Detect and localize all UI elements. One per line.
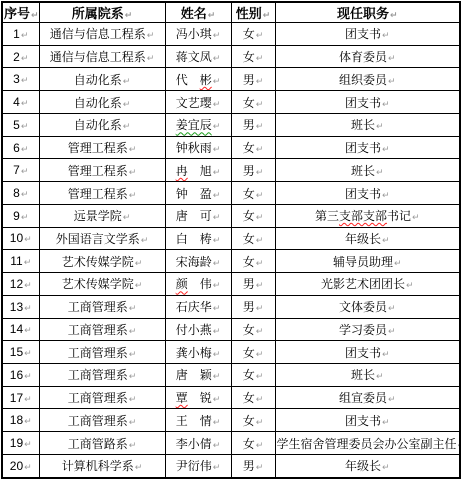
department: 工商管理系 (68, 300, 128, 314)
cell-name[interactable]: 蒋文凤↵ (165, 45, 231, 68)
cell-num[interactable]: 4↵ (2, 91, 39, 114)
current-duty: 团支书 (345, 141, 381, 155)
cell-dept[interactable]: 管理工程系↵ (39, 136, 165, 159)
end-of-cell-mark: ↵ (24, 371, 32, 381)
end-of-cell-mark: ↵ (412, 212, 420, 222)
end-of-cell-mark: ↵ (24, 462, 32, 472)
cell-name[interactable]: 颜 伟↵ (165, 273, 231, 296)
end-of-cell-mark: ↵ (263, 10, 271, 20)
cell-dept[interactable]: 工商管理系↵ (39, 341, 165, 364)
gender: 女 (243, 187, 255, 201)
end-of-cell-mark: ↵ (213, 190, 221, 200)
end-of-cell-mark: ↵ (256, 349, 264, 359)
end-of-cell-mark: ↵ (256, 417, 264, 427)
cell-dept[interactable]: 艺术传媒学院↵ (39, 273, 165, 296)
cell-num[interactable]: 3↵ (2, 68, 39, 91)
cell-duty[interactable]: 团支书↵ (275, 341, 460, 364)
end-of-cell-mark: ↵ (123, 121, 131, 131)
department: 自动化系 (74, 118, 122, 132)
header-cell-num[interactable]: 序号↵ (2, 2, 39, 23)
current-duty: 光影艺术团团长 (321, 277, 405, 291)
cell-gender[interactable]: 女↵ (231, 432, 275, 455)
cell-dept[interactable]: 远景学院↵ (39, 204, 165, 227)
end-of-cell-mark: ↵ (256, 53, 264, 63)
end-of-cell-mark: ↵ (213, 440, 221, 450)
department: 工商管理系 (68, 346, 128, 360)
end-of-cell-mark: ↵ (256, 440, 264, 450)
cell-gender[interactable]: 男↵ (231, 295, 275, 318)
gender: 女 (243, 141, 255, 155)
current-duty: 团支书 (345, 346, 381, 360)
cell-dept[interactable]: 外国语言文学系↵ (39, 227, 165, 250)
end-of-cell-mark: ↵ (129, 394, 137, 404)
end-of-cell-mark: ↵ (21, 212, 29, 222)
gender: 女 (243, 391, 255, 405)
current-duty: 年级长 (345, 232, 381, 246)
student-name-misspelled: 颜 (176, 277, 188, 291)
cell-dept[interactable]: 自动化系↵ (39, 91, 165, 114)
row-number: 20 (10, 459, 23, 473)
cell-name[interactable]: 白 梼↵ (165, 227, 231, 250)
end-of-cell-mark: ↵ (129, 190, 137, 200)
cell-dept[interactable]: 管理工程系↵ (39, 159, 165, 182)
cell-gender[interactable]: 女↵ (231, 409, 275, 432)
cell-gender[interactable]: 男↵ (231, 68, 275, 91)
row-number: 14 (10, 322, 23, 336)
end-of-cell-mark: ↵ (256, 212, 264, 222)
cell-duty[interactable]: 团支书↵ (275, 23, 460, 46)
end-of-cell-mark: ↵ (376, 371, 384, 381)
end-of-cell-mark: ↵ (129, 349, 137, 359)
end-of-cell-mark: ↵ (125, 10, 133, 20)
cell-duty[interactable]: 第三支部支部书记↵ (275, 204, 460, 227)
gender: 女 (243, 27, 255, 41)
table-row: 13↵工商管理系↵石庆华↵男↵文体委员↵ (2, 295, 460, 318)
end-of-cell-mark: ↵ (213, 76, 221, 86)
row-number: 15 (10, 345, 23, 359)
department: 艺术传媒学院 (62, 277, 134, 291)
end-of-cell-mark: ↵ (213, 144, 221, 154)
cell-name[interactable]: 付小燕↵ (165, 318, 231, 341)
cell-duty[interactable]: 组织委员↵ (275, 68, 460, 91)
end-of-cell-mark: ↵ (406, 280, 414, 290)
end-of-cell-mark: ↵ (147, 30, 155, 40)
cell-gender[interactable]: 女↵ (231, 364, 275, 387)
row-number: 8 (13, 186, 20, 200)
row-number: 6 (13, 141, 20, 155)
end-of-cell-mark: ↵ (256, 235, 264, 245)
cell-gender[interactable]: 女↵ (231, 182, 275, 205)
cell-gender[interactable]: 女↵ (231, 136, 275, 159)
cell-dept[interactable]: 工商管理系↵ (39, 295, 165, 318)
cell-duty[interactable]: 文体委员↵ (275, 295, 460, 318)
cell-gender[interactable]: 女↵ (231, 386, 275, 409)
end-of-cell-mark: ↵ (129, 417, 137, 427)
cell-name[interactable]: 唐 颖↵ (165, 364, 231, 387)
cell-name[interactable]: 钟 盈↵ (165, 182, 231, 205)
end-of-cell-mark: ↵ (382, 417, 390, 427)
current-duty: 班长 (351, 118, 375, 132)
end-of-cell-mark: ↵ (256, 167, 264, 177)
end-of-cell-mark: ↵ (256, 371, 264, 381)
end-of-cell-mark: ↵ (24, 439, 32, 449)
cell-duty[interactable]: 年级长↵ (275, 227, 460, 250)
cell-duty[interactable]: 团支书↵ (275, 136, 460, 159)
header-label-dept: 所属院系 (72, 6, 124, 21)
table-row: 17↵工商管理系↵覃 锐↵女↵组宣委员↵ (2, 386, 460, 409)
end-of-cell-mark: ↵ (213, 417, 221, 427)
table-row: 19↵工商管路系↵李小倩↵女↵学生宿舍管理委员会办公室副主任↵ (2, 432, 460, 455)
end-of-cell-mark: ↵ (24, 348, 32, 358)
cell-num[interactable]: 2↵ (2, 45, 39, 68)
gender: 女 (243, 323, 255, 337)
gender: 女 (243, 209, 255, 223)
end-of-cell-mark: ↵ (382, 99, 390, 109)
end-of-cell-mark: ↵ (388, 303, 396, 313)
gender: 男 (243, 118, 255, 132)
end-of-cell-mark: ↵ (213, 121, 221, 131)
student-name: 旭 (188, 164, 212, 178)
row-number: 1 (13, 27, 20, 41)
cell-duty[interactable]: 班长↵ (275, 364, 460, 387)
end-of-cell-mark: ↵ (135, 280, 143, 290)
cell-name[interactable]: 尹衍伟↵ (165, 454, 231, 478)
cell-num[interactable]: 6↵ (2, 136, 39, 159)
end-of-cell-mark: ↵ (256, 280, 264, 290)
end-of-cell-mark: ↵ (382, 235, 390, 245)
cell-gender[interactable]: 女↵ (231, 227, 275, 250)
cell-dept[interactable]: 自动化系↵ (39, 113, 165, 136)
gender: 女 (243, 346, 255, 360)
cell-name[interactable]: 钟秋雨↵ (165, 136, 231, 159)
end-of-cell-mark: ↵ (213, 235, 221, 245)
cell-duty[interactable]: 团支书↵ (275, 182, 460, 205)
cell-duty[interactable]: 体育委员↵ (275, 45, 460, 68)
cell-name[interactable]: 唐 可↵ (165, 204, 231, 227)
department: 管理工程系 (68, 141, 128, 155)
header-cell-name[interactable]: 姓名↵ (165, 2, 231, 23)
row-number: 18 (10, 413, 23, 427)
department: 自动化系 (74, 96, 122, 110)
end-of-cell-mark: ↵ (458, 440, 460, 450)
department: 工商管理系 (68, 323, 128, 337)
end-of-cell-mark: ↵ (382, 30, 390, 40)
end-of-cell-mark: ↵ (382, 190, 390, 200)
cell-duty[interactable]: 学生宿舍管理委员会办公室副主任↵ (275, 432, 460, 455)
header-cell-duty[interactable]: 现任职务↵ (275, 2, 460, 23)
end-of-cell-mark: ↵ (21, 189, 29, 199)
end-of-cell-mark: ↵ (382, 349, 390, 359)
cell-duty[interactable]: 团支书↵ (275, 91, 460, 114)
current-duty: 组宣委员 (339, 391, 387, 405)
end-of-cell-mark: ↵ (213, 30, 221, 40)
header-row: 序号↵所属院系↵姓名↵性别↵现任职务↵ (2, 2, 460, 23)
end-of-cell-mark: ↵ (256, 462, 264, 472)
cell-gender[interactable]: 女↵ (231, 23, 275, 46)
cell-name[interactable]: 龚小梅↵ (165, 341, 231, 364)
row-number: 9 (13, 209, 20, 223)
cell-dept[interactable]: 自动化系↵ (39, 68, 165, 91)
end-of-cell-mark: ↵ (21, 75, 29, 85)
cell-duty[interactable]: 班长↵ (275, 159, 460, 182)
end-of-cell-mark: ↵ (256, 30, 264, 40)
gender: 男 (243, 459, 255, 473)
table-row: 14↵工商管理系↵付小燕↵女↵学习委员↵ (2, 318, 460, 341)
student-name-misspelled: 彬 (200, 73, 212, 87)
end-of-cell-mark: ↵ (213, 280, 221, 290)
cell-dept[interactable]: 工商管理系↵ (39, 409, 165, 432)
cell-duty[interactable]: 光影艺术团团长↵ (275, 273, 460, 296)
gender: 男 (243, 277, 255, 291)
table-row: 2↵通信与信息工程系↵蒋文凤↵女↵体育委员↵ (2, 45, 460, 68)
cell-gender[interactable]: 男↵ (231, 454, 275, 478)
cell-dept[interactable]: 工商管理系↵ (39, 364, 165, 387)
gender: 女 (243, 437, 255, 451)
end-of-cell-mark: ↵ (24, 394, 32, 404)
cell-gender[interactable]: 女↵ (231, 204, 275, 227)
cell-num[interactable]: 11↵ (2, 250, 39, 273)
cell-name[interactable]: 王 情↵ (165, 409, 231, 432)
department: 远景学院 (74, 209, 122, 223)
end-of-cell-mark: ↵ (376, 167, 384, 177)
cell-num[interactable]: 19↵ (2, 432, 39, 455)
row-number: 2 (13, 50, 20, 64)
end-of-cell-mark: ↵ (388, 394, 396, 404)
cell-dept[interactable]: 通信与信息工程系↵ (39, 23, 165, 46)
end-of-cell-mark: ↵ (129, 144, 137, 154)
department: 工商管理系 (68, 368, 128, 382)
end-of-cell-mark: ↵ (213, 326, 221, 336)
department: 艺术传媒学院 (62, 255, 134, 269)
gender: 女 (243, 368, 255, 382)
header-label-gender: 性别 (236, 6, 262, 21)
current-duty: 团支书 (345, 414, 381, 428)
end-of-cell-mark: ↵ (213, 99, 221, 109)
end-of-cell-mark: ↵ (21, 166, 29, 176)
cell-num[interactable]: 20↵ (2, 454, 39, 478)
table-header-row: 序号↵所属院系↵姓名↵性别↵现任职务↵ (2, 2, 460, 23)
department: 工商管理系 (68, 414, 128, 428)
end-of-cell-mark: ↵ (256, 76, 264, 86)
end-of-cell-mark: ↵ (24, 325, 32, 335)
table-row: 12↵艺术传媒学院↵颜 伟↵男↵光影艺术团团长↵ (2, 273, 460, 296)
end-of-cell-mark: ↵ (213, 212, 221, 222)
cell-dept[interactable]: 艺术传媒学院↵ (39, 250, 165, 273)
row-number: 11 (10, 254, 22, 268)
end-of-cell-mark: ↵ (24, 280, 32, 290)
table-row: 15↵工商管理系↵龚小梅↵女↵团支书↵ (2, 341, 460, 364)
gender: 女 (243, 50, 255, 64)
department: 管理工程系 (68, 187, 128, 201)
department: 通信与信息工程系 (50, 27, 146, 41)
table-row: 6↵管理工程系↵钟秋雨↵女↵团支书↵ (2, 136, 460, 159)
end-of-cell-mark: ↵ (390, 10, 398, 20)
department: 工商管路系 (68, 437, 128, 451)
cell-name[interactable]: 宋海龄↵ (165, 250, 231, 273)
student-name: 龚小梅 (176, 346, 212, 360)
end-of-cell-mark: ↵ (31, 10, 39, 20)
cell-duty[interactable]: 学习委员↵ (275, 318, 460, 341)
cell-num[interactable]: 9↵ (2, 204, 39, 227)
student-name: 唐 颖 (176, 368, 212, 382)
end-of-cell-mark: ↵ (24, 416, 32, 426)
cell-name[interactable]: 姜宜辰↵ (165, 113, 231, 136)
row-number: 3 (13, 72, 20, 86)
current-duty: 书记 (387, 209, 411, 223)
cell-name[interactable]: 石庆华↵ (165, 295, 231, 318)
end-of-cell-mark: ↵ (388, 326, 396, 336)
end-of-cell-mark: ↵ (123, 76, 131, 86)
table-row: 5↵自动化系↵姜宜辰↵男↵班长↵ (2, 113, 460, 136)
table-row: 8↵管理工程系↵钟 盈↵女↵团支书↵ (2, 182, 460, 205)
current-duty: 学生宿舍管理委员会办公室副主任 (277, 437, 457, 451)
student-name: 李小倩 (176, 437, 212, 451)
gender: 男 (243, 300, 255, 314)
row-number: 13 (10, 300, 23, 314)
cell-duty[interactable]: 年级长↵ (275, 454, 460, 478)
table-row: 11↵艺术传媒学院↵宋海龄↵女↵辅导员助理↵ (2, 250, 460, 273)
end-of-cell-mark: ↵ (129, 326, 137, 336)
gender: 男 (243, 164, 255, 178)
end-of-cell-mark: ↵ (24, 257, 32, 267)
cell-gender[interactable]: 男↵ (231, 113, 275, 136)
cell-duty[interactable]: 班长↵ (275, 113, 460, 136)
cell-dept[interactable]: 工商管路系↵ (39, 432, 165, 455)
cell-num[interactable]: 10↵ (2, 227, 39, 250)
table-row: 1↵通信与信息工程系↵冯小琪↵女↵团支书↵ (2, 23, 460, 46)
student-name: 付小燕 (176, 323, 212, 337)
end-of-cell-mark: ↵ (256, 190, 264, 200)
end-of-cell-mark: ↵ (21, 121, 29, 131)
current-duty: 文体委员 (339, 300, 387, 314)
end-of-cell-mark: ↵ (135, 462, 143, 472)
student-name: 钟秋雨 (176, 141, 212, 155)
student-name: 石庆华 (176, 300, 212, 314)
header-cell-gender[interactable]: 性别↵ (231, 2, 275, 23)
cell-num[interactable]: 5↵ (2, 113, 39, 136)
end-of-cell-mark: ↵ (376, 121, 384, 131)
cell-num[interactable]: 16↵ (2, 364, 39, 387)
end-of-cell-mark: ↵ (123, 99, 131, 109)
table-row: 18↵工商管理系↵王 情↵女↵团支书↵ (2, 409, 460, 432)
table-row: 10↵外国语言文学系↵白 梼↵女↵年级长↵ (2, 227, 460, 250)
cell-dept[interactable]: 工商管理系↵ (39, 318, 165, 341)
cell-gender[interactable]: 女↵ (231, 91, 275, 114)
cell-num[interactable]: 7↵ (2, 159, 39, 182)
end-of-cell-mark: ↵ (256, 99, 264, 109)
cell-dept[interactable]: 通信与信息工程系↵ (39, 45, 165, 68)
current-duty-misspelled: 支部支部 (339, 209, 387, 223)
table-row: 9↵远景学院↵唐 可↵女↵第三支部支部书记↵ (2, 204, 460, 227)
row-number: 7 (13, 163, 20, 177)
cell-dept[interactable]: 计算机科学系↵ (39, 454, 165, 478)
end-of-cell-mark: ↵ (382, 144, 390, 154)
department: 计算机科学系 (62, 459, 134, 473)
student-name: 白 梼 (176, 232, 212, 246)
current-duty: 团支书 (345, 27, 381, 41)
student-name: 王 情 (176, 414, 212, 428)
end-of-cell-mark: ↵ (21, 53, 29, 63)
cell-duty[interactable]: 组宣委员↵ (275, 386, 460, 409)
current-duty: 第三 (315, 209, 339, 223)
current-duty: 辅导员助理 (333, 255, 393, 269)
cell-name[interactable]: 冯小琪↵ (165, 23, 231, 46)
cell-gender[interactable]: 女↵ (231, 341, 275, 364)
cell-gender[interactable]: 男↵ (231, 159, 275, 182)
cell-gender[interactable]: 男↵ (231, 273, 275, 296)
end-of-cell-mark: ↵ (208, 10, 216, 20)
cell-duty[interactable]: 辅导员助理↵ (275, 250, 460, 273)
current-duty: 团支书 (345, 187, 381, 201)
gender: 男 (243, 73, 255, 87)
student-name: 冯小琪 (176, 27, 212, 41)
end-of-cell-mark: ↵ (147, 53, 155, 63)
cell-num[interactable]: 17↵ (2, 386, 39, 409)
end-of-cell-mark: ↵ (24, 303, 32, 313)
cell-name[interactable]: 李小倩↵ (165, 432, 231, 455)
end-of-cell-mark: ↵ (129, 440, 137, 450)
department: 工商管理系 (68, 391, 128, 405)
end-of-cell-mark: ↵ (135, 258, 143, 268)
cell-gender[interactable]: 女↵ (231, 45, 275, 68)
end-of-cell-mark: ↵ (382, 462, 390, 472)
student-name: 蒋文凤 (176, 50, 212, 64)
cell-num[interactable]: 12↵ (2, 273, 39, 296)
table-body: 1↵通信与信息工程系↵冯小琪↵女↵团支书↵2↵通信与信息工程系↵蒋文凤↵女↵体育… (2, 23, 460, 479)
cell-dept[interactable]: 工商管理系↵ (39, 386, 165, 409)
row-number: 17 (10, 391, 23, 405)
cell-name[interactable]: 文艺璎↵ (165, 91, 231, 114)
cell-duty[interactable]: 团支书↵ (275, 409, 460, 432)
cell-gender[interactable]: 女↵ (231, 250, 275, 273)
end-of-cell-mark: ↵ (123, 212, 131, 222)
cell-num[interactable]: 1↵ (2, 23, 39, 46)
student-name: 宋海龄 (176, 255, 212, 269)
student-name-misspelled: 姜宜辰 (176, 118, 212, 132)
table-row: 3↵自动化系↵代 彬↵男↵组织委员↵ (2, 68, 460, 91)
end-of-cell-mark: ↵ (256, 258, 264, 268)
cell-num[interactable]: 18↵ (2, 409, 39, 432)
end-of-cell-mark: ↵ (256, 394, 264, 404)
cell-dept[interactable]: 管理工程系↵ (39, 182, 165, 205)
cell-name[interactable]: 代 彬↵ (165, 68, 231, 91)
end-of-cell-mark: ↵ (21, 98, 29, 108)
row-number: 19 (10, 436, 23, 450)
end-of-cell-mark: ↵ (256, 303, 264, 313)
current-duty: 班长 (351, 368, 375, 382)
end-of-cell-mark: ↵ (213, 167, 221, 177)
student-name: 文艺璎 (176, 96, 212, 110)
row-number: 4 (13, 95, 20, 109)
end-of-cell-mark: ↵ (388, 53, 396, 63)
cell-name[interactable]: 冉 旭↵ (165, 159, 231, 182)
header-label-duty: 现任职务 (337, 6, 389, 21)
student-name-misspelled: 覃 (176, 391, 188, 405)
end-of-cell-mark: ↵ (256, 326, 264, 336)
department: 自动化系 (74, 73, 122, 87)
cell-num[interactable]: 13↵ (2, 295, 39, 318)
cell-num[interactable]: 8↵ (2, 182, 39, 205)
student-name: 代 (176, 73, 200, 87)
cell-num[interactable]: 14↵ (2, 318, 39, 341)
cell-num[interactable]: 15↵ (2, 341, 39, 364)
table-row: 4↵自动化系↵文艺璎↵女↵团支书↵ (2, 91, 460, 114)
end-of-cell-mark: ↵ (24, 234, 32, 244)
row-number: 16 (10, 368, 23, 382)
header-cell-dept[interactable]: 所属院系↵ (39, 2, 165, 23)
cell-name[interactable]: 覃 锐↵ (165, 386, 231, 409)
cell-gender[interactable]: 女↵ (231, 318, 275, 341)
